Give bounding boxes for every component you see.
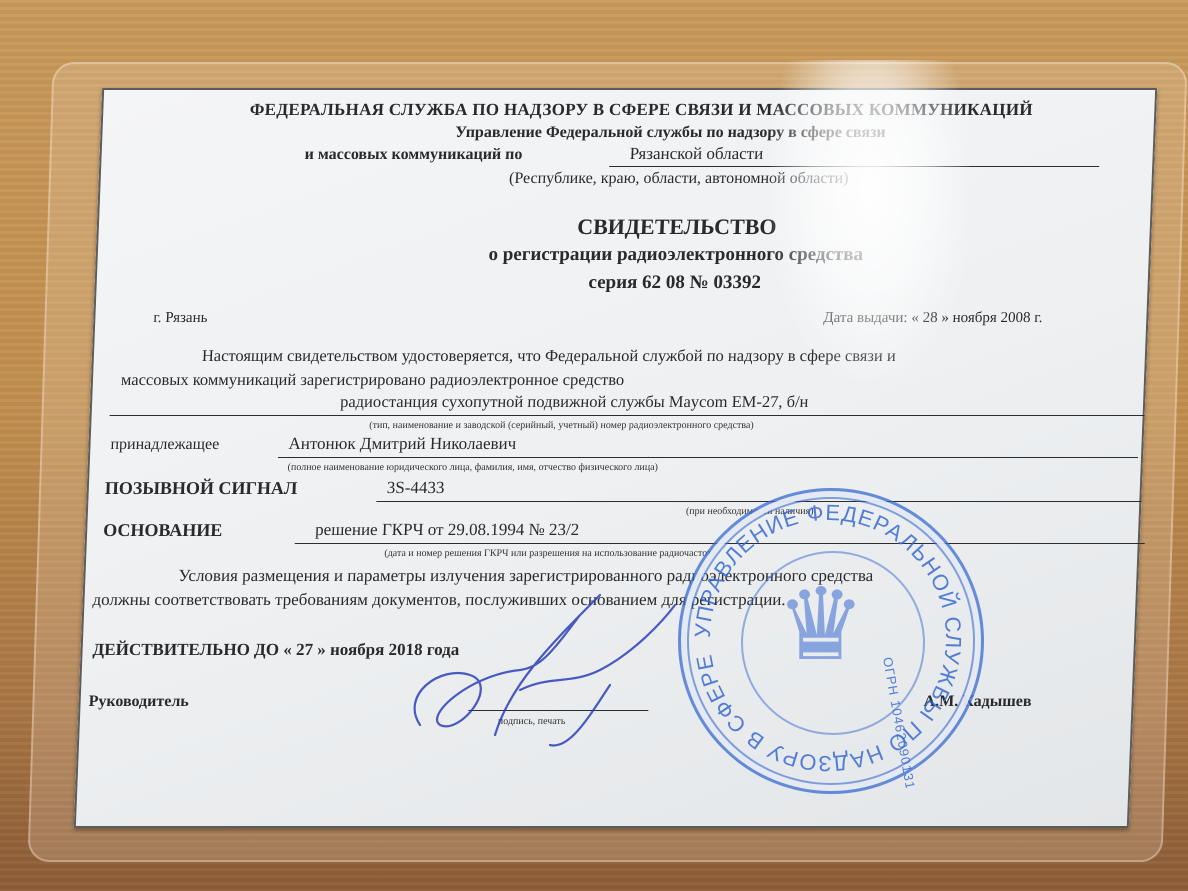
callsign-label: ПОЗЫВНОЙ СИГНАЛ	[104, 478, 297, 499]
department-line-1: Управление Федеральной службы по надзору…	[220, 124, 1121, 142]
agency-header: ФЕДЕРАЛЬНАЯ СЛУЖБА ПО НАДЗОРУ В СФЕРЕ СВ…	[141, 100, 1142, 120]
owner-underline	[278, 457, 1138, 458]
basis-hint: (дата и номер решения ГКРЧ или разрешени…	[384, 548, 715, 559]
region-hint: (Республике, краю, области, автономной о…	[398, 170, 959, 188]
body-line-1: Настоящим свидетельством удостоверяется,…	[202, 346, 897, 366]
owner-value: Антонюк Дмитрий Николаевич	[288, 434, 516, 454]
basis-value: решение ГКРЧ от 29.08.1994 № 23/2	[315, 520, 580, 540]
certificate-subtitle: о регистрации радиоэлектронного средства	[375, 244, 976, 266]
department-line-2-prefix: и массовых коммуникаций по	[304, 146, 522, 164]
coat-of-arms-eagle-icon: ♛	[776, 576, 866, 676]
owner-hint: (полное наименование юридического лица, …	[287, 462, 658, 473]
signature-scribble-icon	[400, 575, 680, 755]
series-number: серия 62 08 № 03392	[424, 272, 925, 294]
head-label: Руководитель	[88, 693, 189, 711]
body-line-2: массовых коммуникаций зарегистрировано р…	[121, 370, 625, 390]
issue-city: г. Рязань	[153, 310, 208, 327]
certificate-title: СВИДЕТЕЛЬСТВО	[426, 214, 927, 240]
device-hint: (тип, наименование и заводской (серийный…	[369, 420, 754, 431]
official-stamp: УПРАВЛЕНИЕ ФЕДЕРАЛЬНОЙ СЛУЖБЫ ПО НАДЗОРУ…	[678, 488, 984, 794]
region-underline	[609, 166, 1099, 167]
device-value: радиостанция сухопутной подвижной службы…	[340, 392, 809, 412]
issue-date: Дата выдачи: « 28 » ноября 2008 г.	[823, 310, 1043, 327]
region-value: Рязанской области	[629, 144, 763, 164]
owner-label: принадлежащее	[110, 436, 219, 454]
callsign-value: 3S-4433	[386, 478, 444, 498]
basis-label: ОСНОВАНИЕ	[103, 520, 223, 541]
device-underline	[110, 415, 1145, 416]
